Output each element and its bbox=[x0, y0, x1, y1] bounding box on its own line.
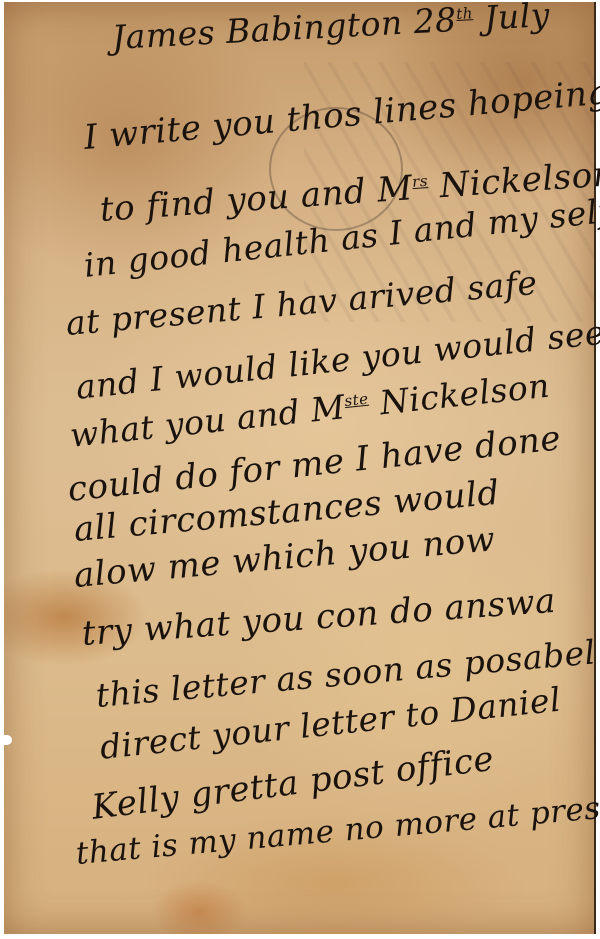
author-name: James Babington bbox=[111, 3, 404, 57]
letter-line-1: I write you thos lines hopeing bbox=[82, 72, 600, 158]
date-month: July bbox=[483, 0, 551, 37]
handwritten-letter: James Babington 28th July I write you th… bbox=[0, 0, 600, 939]
date-day: 28th bbox=[413, 0, 475, 41]
letter-heading: James Babington 28th July bbox=[111, 0, 551, 57]
